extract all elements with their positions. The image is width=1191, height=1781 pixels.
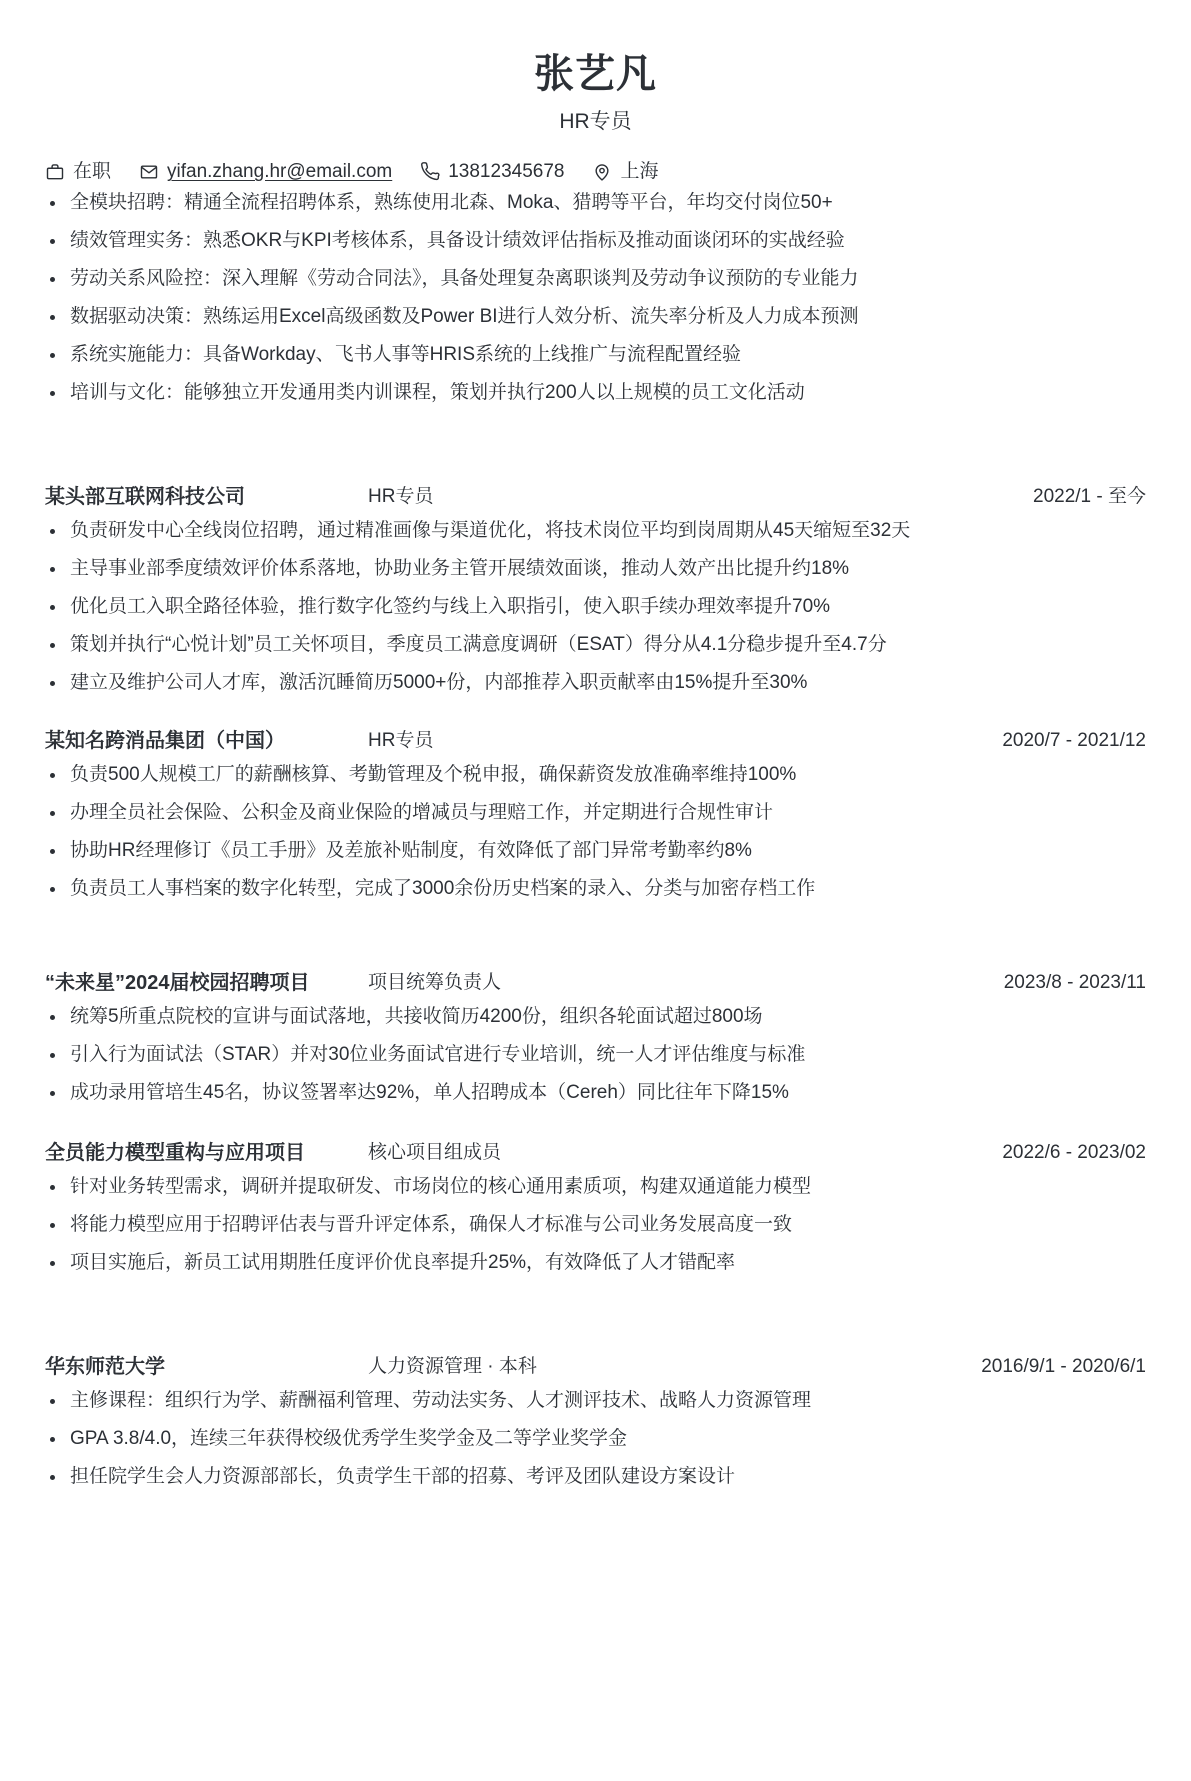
bullet-item: 主修课程：组织行为学、薪酬福利管理、劳动法实务、人才测评技术、战略人力资源管理 [67, 1382, 1146, 1420]
position-title: HR专员 [368, 482, 433, 512]
bullet-item: GPA 3.8/4.0，连续三年获得校级优秀学生奖学金及二等学业奖学金 [67, 1420, 1146, 1458]
experience-entry: 某头部互联网科技公司 HR专员 2022/1 - 至今 负责研发中心全线岗位招聘… [45, 482, 1146, 702]
skill-item: 全模块招聘：精通全流程招聘体系，熟练使用北森、Moka、猎聘等平台，年均交付岗位… [67, 184, 1146, 222]
employment-status: 在职 [45, 159, 111, 184]
bullet-item: 建立及维护公司人才库，激活沉睡简历5000+份，内部推荐入职贡献率由15%提升至… [67, 664, 1146, 702]
bullet-item: 负责500人规模工厂的薪酬核算、考勤管理及个税申报，确保薪资发放准确率维持100… [67, 756, 1146, 794]
skills-summary-list: 全模块招聘：精通全流程招聘体系，熟练使用北森、Moka、猎聘等平台，年均交付岗位… [45, 184, 1146, 412]
resume-document: 张艺凡 HR专员 在职 yifan.zhang.hr@email.com 138… [0, 0, 1191, 1781]
company-name: 某知名跨消品集团（中国） [45, 730, 285, 752]
experience-section: 某头部互联网科技公司 HR专员 2022/1 - 至今 负责研发中心全线岗位招聘… [45, 482, 1146, 908]
project-bullet-list: 统筹5所重点院校的宣讲与面试落地，共接收简历4200份，组织各轮面试超过800场… [45, 998, 1146, 1112]
experience-entry: 某知名跨消品集团（中国） HR专员 2020/7 - 2021/12 负责500… [45, 726, 1146, 908]
bullet-item: 主导事业部季度绩效评价体系落地，协助业务主管开展绩效面谈，推动人效产出比提升约1… [67, 550, 1146, 588]
phone-number: 13812345678 [420, 159, 564, 184]
school-name: 华东师范大学 [45, 1356, 165, 1378]
project-entry: “未来星”2024届校园招聘项目 项目统筹负责人 2023/8 - 2023/1… [45, 968, 1146, 1112]
experience-bullet-list: 负责研发中心全线岗位招聘，通过精准画像与渠道优化，将技术岗位平均到岗周期从45天… [45, 512, 1146, 702]
location: 上海 [592, 159, 658, 184]
email-text[interactable]: yifan.zhang.hr@email.com [167, 159, 392, 184]
contact-row: 在职 yifan.zhang.hr@email.com 13812345678 … [45, 159, 1146, 184]
mail-icon [139, 162, 159, 182]
project-role: 项目统筹负责人 [368, 968, 501, 998]
experience-entry-header: 某知名跨消品集团（中国） HR专员 2020/7 - 2021/12 [45, 726, 1146, 756]
date-range: 2022/1 - 至今 [1033, 482, 1146, 512]
date-range: 2022/6 - 2023/02 [1002, 1138, 1146, 1168]
bullet-item: 办理全员社会保险、公积金及商业保险的增减员与理赔工作，并定期进行合规性审计 [67, 794, 1146, 832]
project-role: 核心项目组成员 [368, 1138, 501, 1168]
bullet-item: 优化员工入职全路径体验，推行数字化签约与线上入职指引，使入职手续办理效率提升70… [67, 588, 1146, 626]
employment-status-label: 在职 [73, 159, 111, 184]
projects-section: “未来星”2024届校园招聘项目 项目统筹负责人 2023/8 - 2023/1… [45, 968, 1146, 1282]
project-entry-header: “未来星”2024届校园招聘项目 项目统筹负责人 2023/8 - 2023/1… [45, 968, 1146, 998]
bullet-item: 针对业务转型需求，调研并提取研发、市场岗位的核心通用素质项，构建双通道能力模型 [67, 1168, 1146, 1206]
email-link[interactable]: yifan.zhang.hr@email.com [139, 159, 392, 184]
bullet-item: 项目实施后，新员工试用期胜任度评价优良率提升25%，有效降低了人才错配率 [67, 1244, 1146, 1282]
bullet-item: 统筹5所重点院校的宣讲与面试落地，共接收简历4200份，组织各轮面试超过800场 [67, 998, 1146, 1036]
phone-icon [420, 162, 440, 182]
date-range: 2020/7 - 2021/12 [1002, 726, 1146, 756]
job-title: HR专员 [45, 108, 1146, 135]
bullet-item: 策划并执行“心悦计划”员工关怀项目，季度员工满意度调研（ESAT）得分从4.1分… [67, 626, 1146, 664]
skill-item: 系统实施能力：具备Workday、飞书人事等HRIS系统的上线推广与流程配置经验 [67, 336, 1146, 374]
project-entry-header: 全员能力模型重构与应用项目 核心项目组成员 2022/6 - 2023/02 [45, 1138, 1146, 1168]
experience-bullet-list: 负责500人规模工厂的薪酬核算、考勤管理及个税申报，确保薪资发放准确率维持100… [45, 756, 1146, 908]
experience-entry-header: 某头部互联网科技公司 HR专员 2022/1 - 至今 [45, 482, 1146, 512]
skill-item: 数据驱动决策：熟练运用Excel高级函数及Power BI进行人效分析、流失率分… [67, 298, 1146, 336]
location-pin-icon [592, 162, 612, 182]
bullet-item: 成功录用管培生45名，协议签署率达92%，单人招聘成本（Cereh）同比往年下降… [67, 1074, 1146, 1112]
bullet-item: 负责研发中心全线岗位招聘，通过精准画像与渠道优化，将技术岗位平均到岗周期从45天… [67, 512, 1146, 550]
education-entry: 华东师范大学 人力资源管理 · 本科 2016/9/1 - 2020/6/1 主… [45, 1352, 1146, 1496]
bullet-item: 负责员工人事档案的数字化转型，完成了3000余份历史档案的录入、分类与加密存档工… [67, 870, 1146, 908]
project-entry: 全员能力模型重构与应用项目 核心项目组成员 2022/6 - 2023/02 针… [45, 1138, 1146, 1282]
project-name: “未来星”2024届校园招聘项目 [45, 972, 310, 994]
project-bullet-list: 针对业务转型需求，调研并提取研发、市场岗位的核心通用素质项，构建双通道能力模型将… [45, 1168, 1146, 1282]
bullet-item: 担任院学生会人力资源部部长，负责学生干部的招募、考评及团队建设方案设计 [67, 1458, 1146, 1496]
date-range: 2023/8 - 2023/11 [1004, 968, 1146, 998]
major-degree: 人力资源管理 · 本科 [368, 1352, 537, 1382]
location-text: 上海 [620, 159, 658, 184]
education-bullet-list: 主修课程：组织行为学、薪酬福利管理、劳动法实务、人才测评技术、战略人力资源管理G… [45, 1382, 1146, 1496]
skill-item: 培训与文化：能够独立开发通用类内训课程，策划并执行200人以上规模的员工文化活动 [67, 374, 1146, 412]
education-section: 华东师范大学 人力资源管理 · 本科 2016/9/1 - 2020/6/1 主… [45, 1352, 1146, 1496]
skill-item: 劳动关系风险控：深入理解《劳动合同法》，具备处理复杂离职谈判及劳动争议预防的专业… [67, 260, 1146, 298]
project-name: 全员能力模型重构与应用项目 [45, 1142, 305, 1164]
briefcase-icon [45, 162, 65, 182]
company-name: 某头部互联网科技公司 [45, 486, 245, 508]
education-entry-header: 华东师范大学 人力资源管理 · 本科 2016/9/1 - 2020/6/1 [45, 1352, 1146, 1382]
bullet-item: 引入行为面试法（STAR）并对30位业务面试官进行专业培训，统一人才评估维度与标… [67, 1036, 1146, 1074]
person-name: 张艺凡 [45, 50, 1146, 98]
bullet-item: 协助HR经理修订《员工手册》及差旅补贴制度，有效降低了部门异常考勤率约8% [67, 832, 1146, 870]
phone-text: 13812345678 [448, 159, 564, 184]
skill-item: 绩效管理实务：熟悉OKR与KPI考核体系，具备设计绩效评估指标及推动面谈闭环的实… [67, 222, 1146, 260]
bullet-item: 将能力模型应用于招聘评估表与晋升评定体系，确保人才标准与公司业务发展高度一致 [67, 1206, 1146, 1244]
date-range: 2016/9/1 - 2020/6/1 [981, 1352, 1146, 1382]
position-title: HR专员 [368, 726, 433, 756]
